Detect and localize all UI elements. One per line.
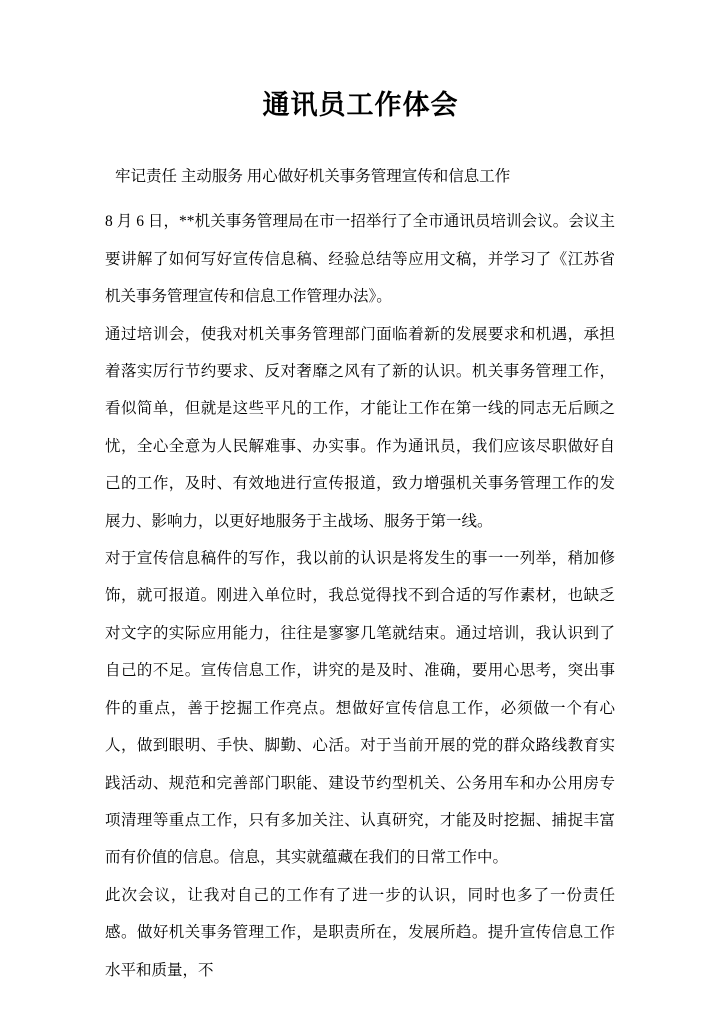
paragraph-1: 8 月 6 日，**机关事务管理局在市一招举行了全市通讯员培训会议。会议主要讲解… (105, 203, 615, 315)
document-subtitle: 牢记责任 主动服务 用心做好机关事务管理宣传和信息工作 (105, 158, 615, 195)
document-body: 牢记责任 主动服务 用心做好机关事务管理宣传和信息工作 8 月 6 日，**机关… (105, 158, 615, 989)
paragraph-2: 通过培训会，使我对机关事务管理部门面临着新的发展要求和机遇，承担着落实厉行节约要… (105, 316, 615, 540)
document-page: 通讯员工作体会 牢记责任 主动服务 用心做好机关事务管理宣传和信息工作 8 月 … (0, 0, 721, 1020)
paragraph-4: 此次会议，让我对自己的工作有了进一步的认识，同时也多了一份责任感。做好机关事务管… (105, 877, 615, 989)
document-title: 通讯员工作体会 (0, 88, 721, 122)
paragraph-3: 对于宣传信息稿件的写作，我以前的认识是将发生的事一一列举，稍加修饰，就可报道。刚… (105, 540, 615, 877)
